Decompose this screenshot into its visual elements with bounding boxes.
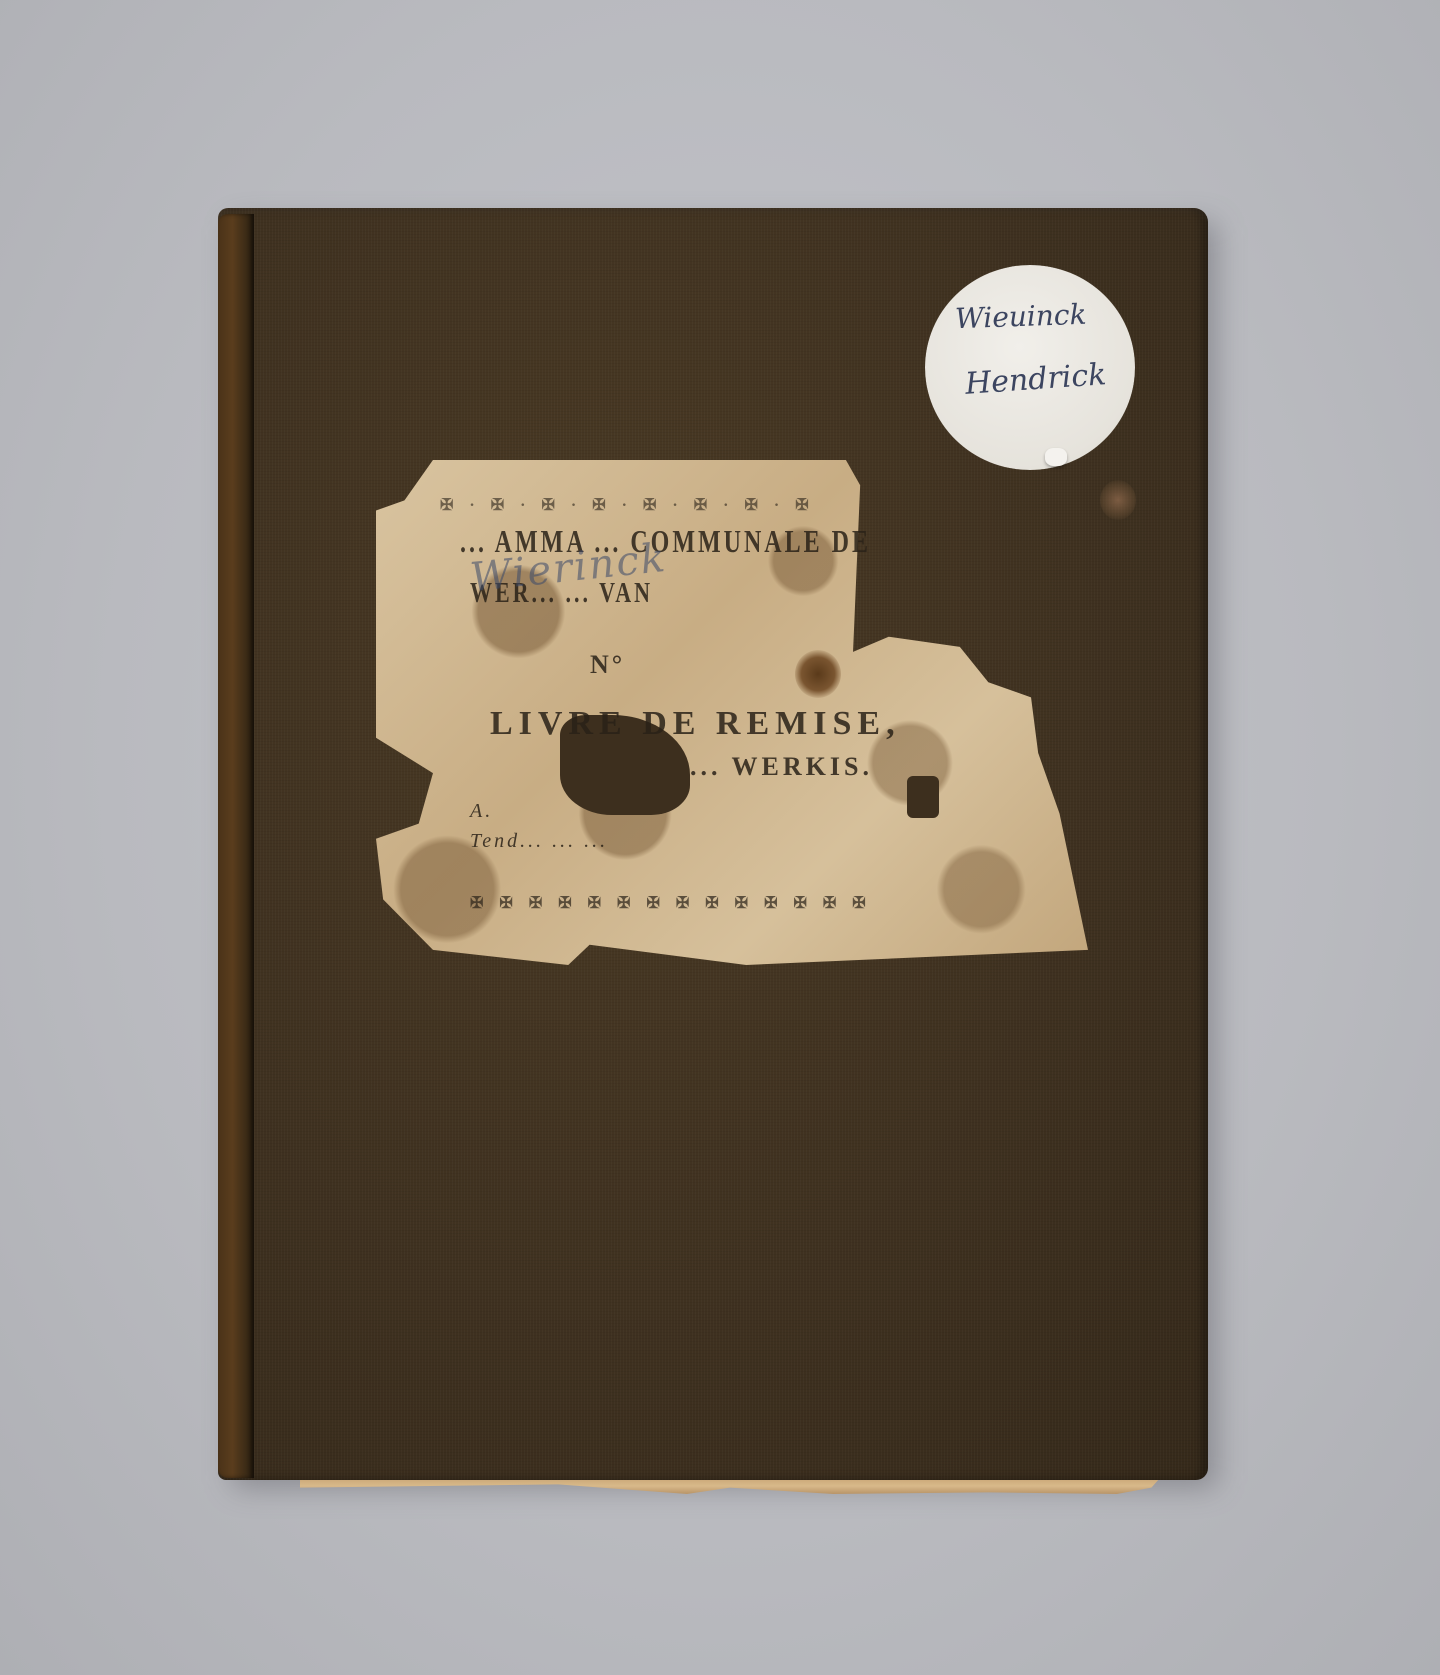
label-title: LIVRE DE REMISE,	[490, 705, 901, 743]
cover-stain-spot	[1100, 480, 1136, 520]
name-tag-surname: Wieuinck	[954, 298, 1087, 336]
name-tag-torn-pin	[1045, 448, 1067, 466]
label-stain	[795, 650, 841, 698]
label-square-hole	[907, 776, 939, 818]
page-edges	[300, 1478, 1160, 1494]
label-border-bottom: ✠ ✠ ✠ ✠ ✠ ✠ ✠ ✠ ✠ ✠ ✠ ✠ ✠ ✠	[470, 893, 872, 913]
label-small-line-2: Tend... ... ...	[470, 830, 608, 853]
label-number-prefix: N°	[590, 650, 625, 680]
label-subtitle: ... WERKIS.	[690, 752, 873, 782]
label-small-line-1: A.	[470, 800, 493, 823]
book-spine	[218, 214, 254, 1478]
label-border-top: ✠ · ✠ · ✠ · ✠ · ✠ · ✠ · ✠ · ✠	[440, 495, 815, 515]
